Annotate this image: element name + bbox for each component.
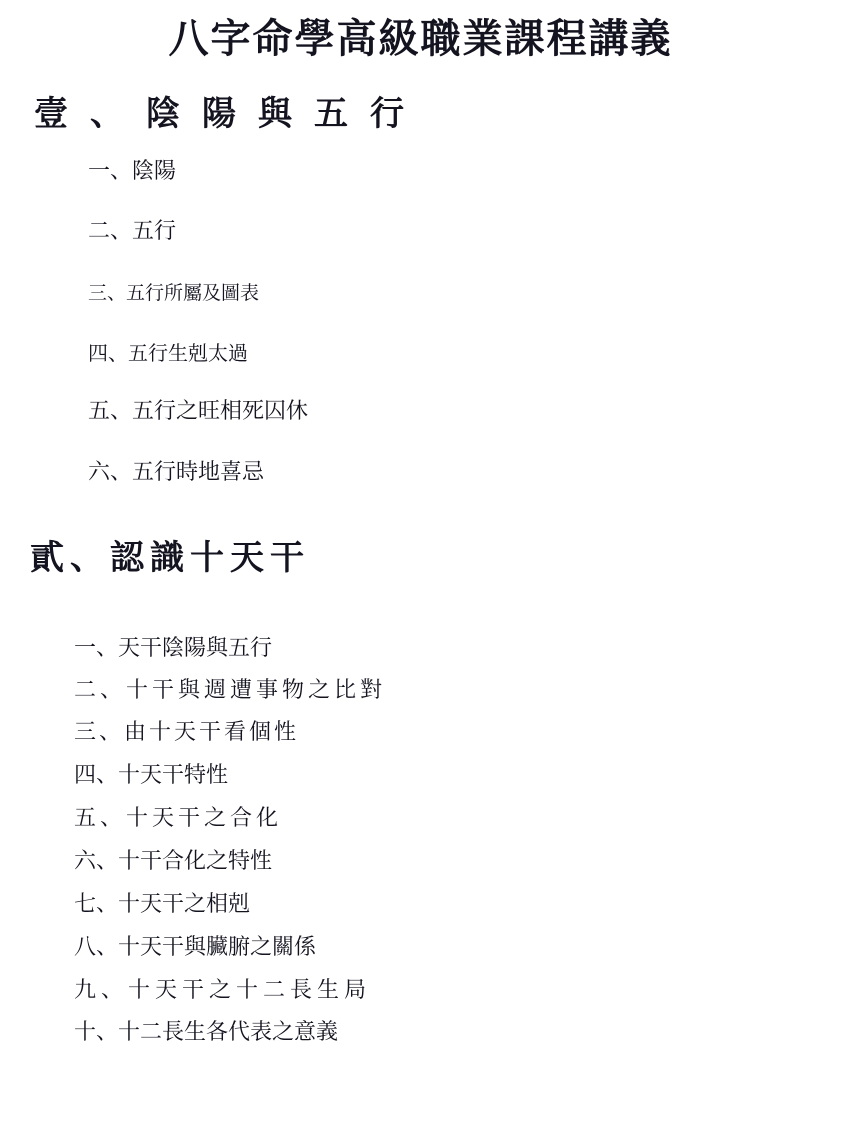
section-heading-2: 貳、認識十天干 bbox=[30, 536, 310, 580]
list-item: 五、五行之旺相死囚休 bbox=[88, 398, 308, 426]
list-item: 三、五行所屬及圖表 bbox=[88, 279, 259, 307]
list-item: 一、天干陰陽與五行 bbox=[74, 635, 272, 663]
list-item: 三、由十天干看個性 bbox=[74, 719, 299, 747]
list-item: 五、十天干之合化 bbox=[74, 805, 282, 833]
list-item: 四、十天干特性 bbox=[74, 762, 228, 790]
list-item: 九、十天干之十二長生局 bbox=[74, 977, 371, 1005]
list-item: 七、十天干之相剋 bbox=[74, 891, 250, 919]
list-item: 六、十干合化之特性 bbox=[74, 848, 272, 876]
document-title: 八字命學高級職業課程講義 bbox=[0, 14, 841, 64]
list-item: 六、五行時地喜忌 bbox=[88, 459, 264, 487]
list-item: 二、十干與週遭事物之比對 bbox=[74, 677, 386, 705]
list-item: 八、十天干與臟腑之關係 bbox=[74, 934, 316, 962]
list-item: 二、五行 bbox=[88, 218, 176, 246]
section-heading-1: 壹、陰陽與五行 bbox=[34, 92, 426, 136]
list-item: 一、陰陽 bbox=[88, 158, 176, 186]
list-item: 十、十二長生各代表之意義 bbox=[74, 1019, 338, 1047]
list-item: 四、五行生剋太過 bbox=[88, 339, 248, 367]
